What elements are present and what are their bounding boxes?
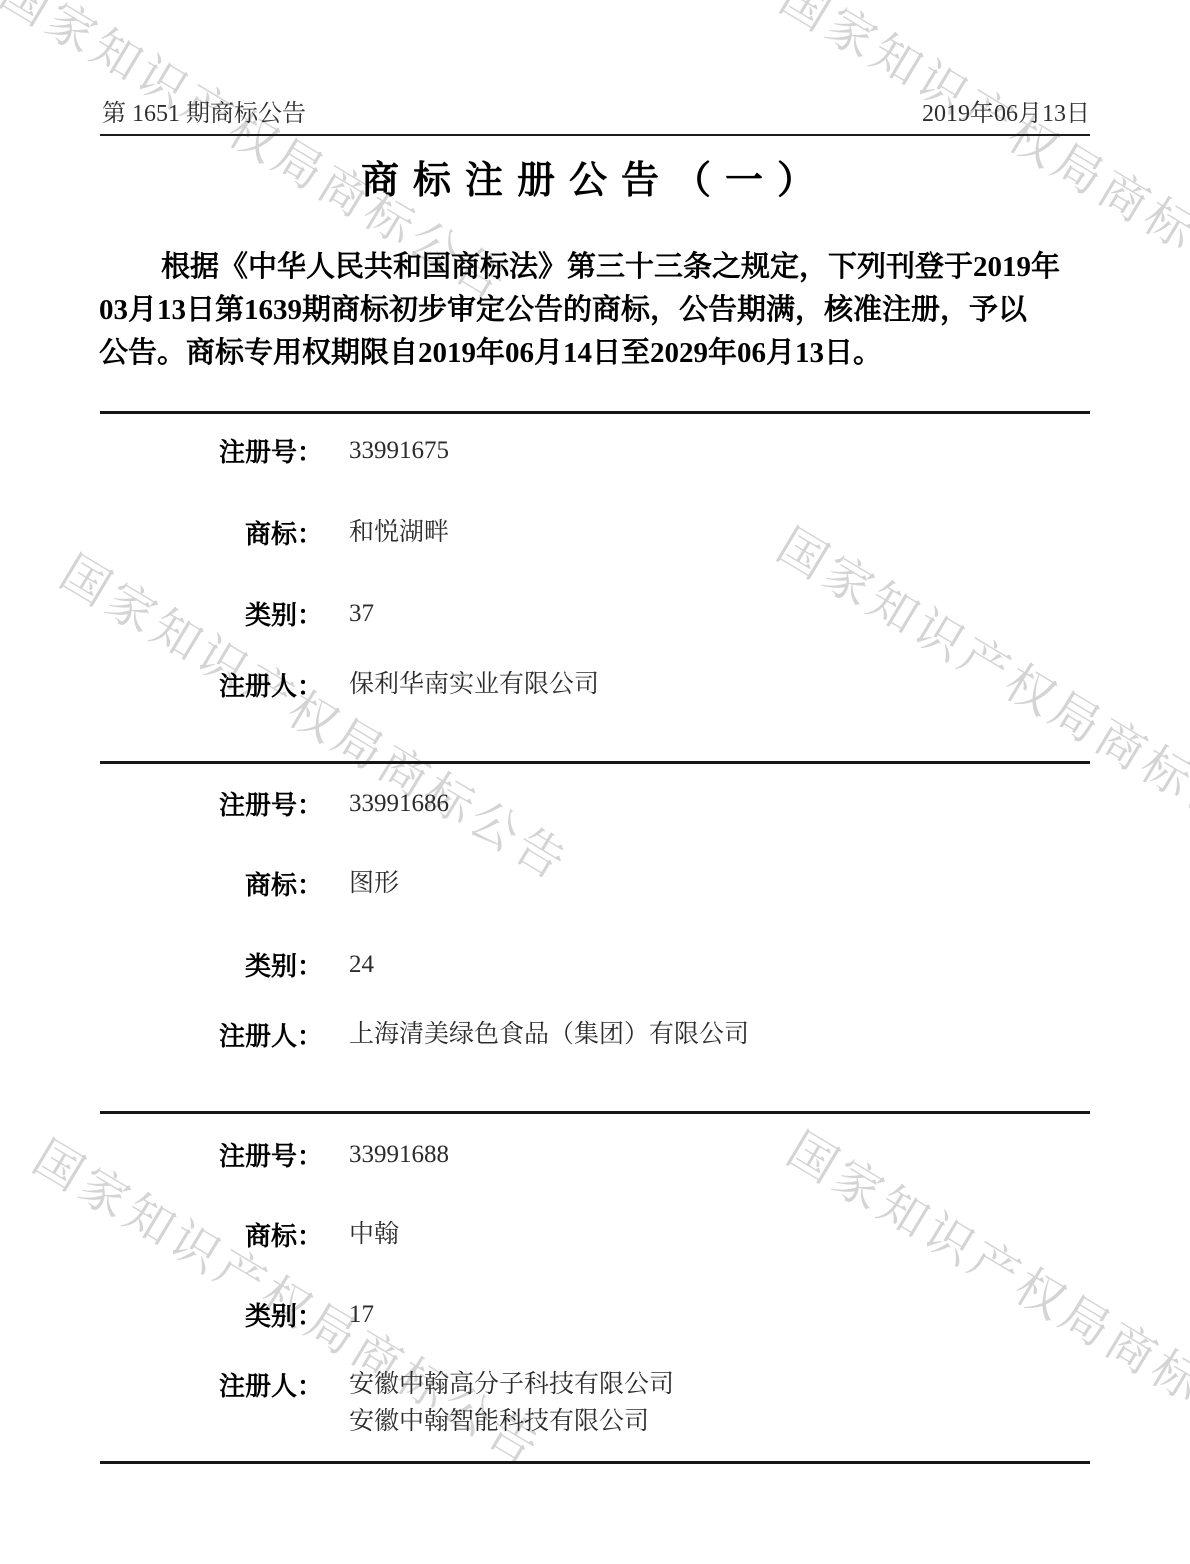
registrant-label: 注册人： [100,1366,323,1403]
registrant-line: 安徽中翰高分子科技有限公司 [349,1366,1130,1403]
registrant-value: 上海清美绿色食品（集团）有限公司 [349,1016,1130,1053]
class-value: 37 [349,595,1130,632]
registrant-line: 上海清美绿色食品（集团）有限公司 [349,1016,1130,1053]
class-label: 类别： [100,1296,323,1333]
page-title: 商标注册公告（一） [100,149,1090,204]
record-divider [100,761,1090,764]
trademark-label: 商标： [100,514,323,551]
registration-number-value: 33991686 [349,785,1130,822]
class-value: 24 [349,946,1130,983]
trademark-value: 图形 [349,865,1130,902]
registrant-value: 安徽中翰高分子科技有限公司 安徽中翰智能科技有限公司 [349,1366,1130,1440]
registrant-label: 注册人： [100,1016,323,1053]
registration-number-label: 注册号： [100,1136,323,1173]
registrant-line: 安徽中翰智能科技有限公司 [349,1403,1130,1440]
publication-date: 2019年06月13日 [100,93,1090,128]
registration-number-value: 33991675 [349,432,1130,469]
class-label: 类别： [100,946,323,983]
trademark-label: 商标： [100,1216,323,1253]
trademark-label: 商标： [100,865,323,902]
watermark-text: 国家知识产权局商标公告 [49,535,584,894]
trademark-value: 中翰 [349,1216,1130,1253]
class-label: 类别： [100,595,323,632]
registration-number-label: 注册号： [100,432,323,469]
header-rule [100,134,1090,136]
announcement-page: 国家知识产权局商标公告 国家知识产权局商标公告 国家知识产权局商标公告 国家知识… [0,0,1190,1564]
registration-number-value: 33991688 [349,1136,1130,1173]
intro-line: 根据《中华人民共和国商标法》第三十三条之规定，下列刊登于2019年 [99,246,1099,289]
trademark-value: 和悦湖畔 [349,514,1130,551]
record-divider [100,1111,1090,1114]
record-divider [100,1461,1090,1464]
class-value: 17 [349,1296,1130,1333]
registrant-value: 保利华南实业有限公司 [349,666,1130,703]
record-divider [100,411,1090,414]
intro-line: 公告。商标专用权期限自2019年06月14日至2029年06月13日。 [99,332,1099,375]
intro-line: 03月13日第1639期商标初步审定公告的商标，公告期满，核准注册，予以 [99,289,1099,332]
intro-paragraph: 根据《中华人民共和国商标法》第三十三条之规定，下列刊登于2019年 03月13日… [99,246,1099,375]
registrant-label: 注册人： [100,666,323,703]
registrant-line: 保利华南实业有限公司 [349,666,1130,703]
registration-number-label: 注册号： [100,785,323,822]
